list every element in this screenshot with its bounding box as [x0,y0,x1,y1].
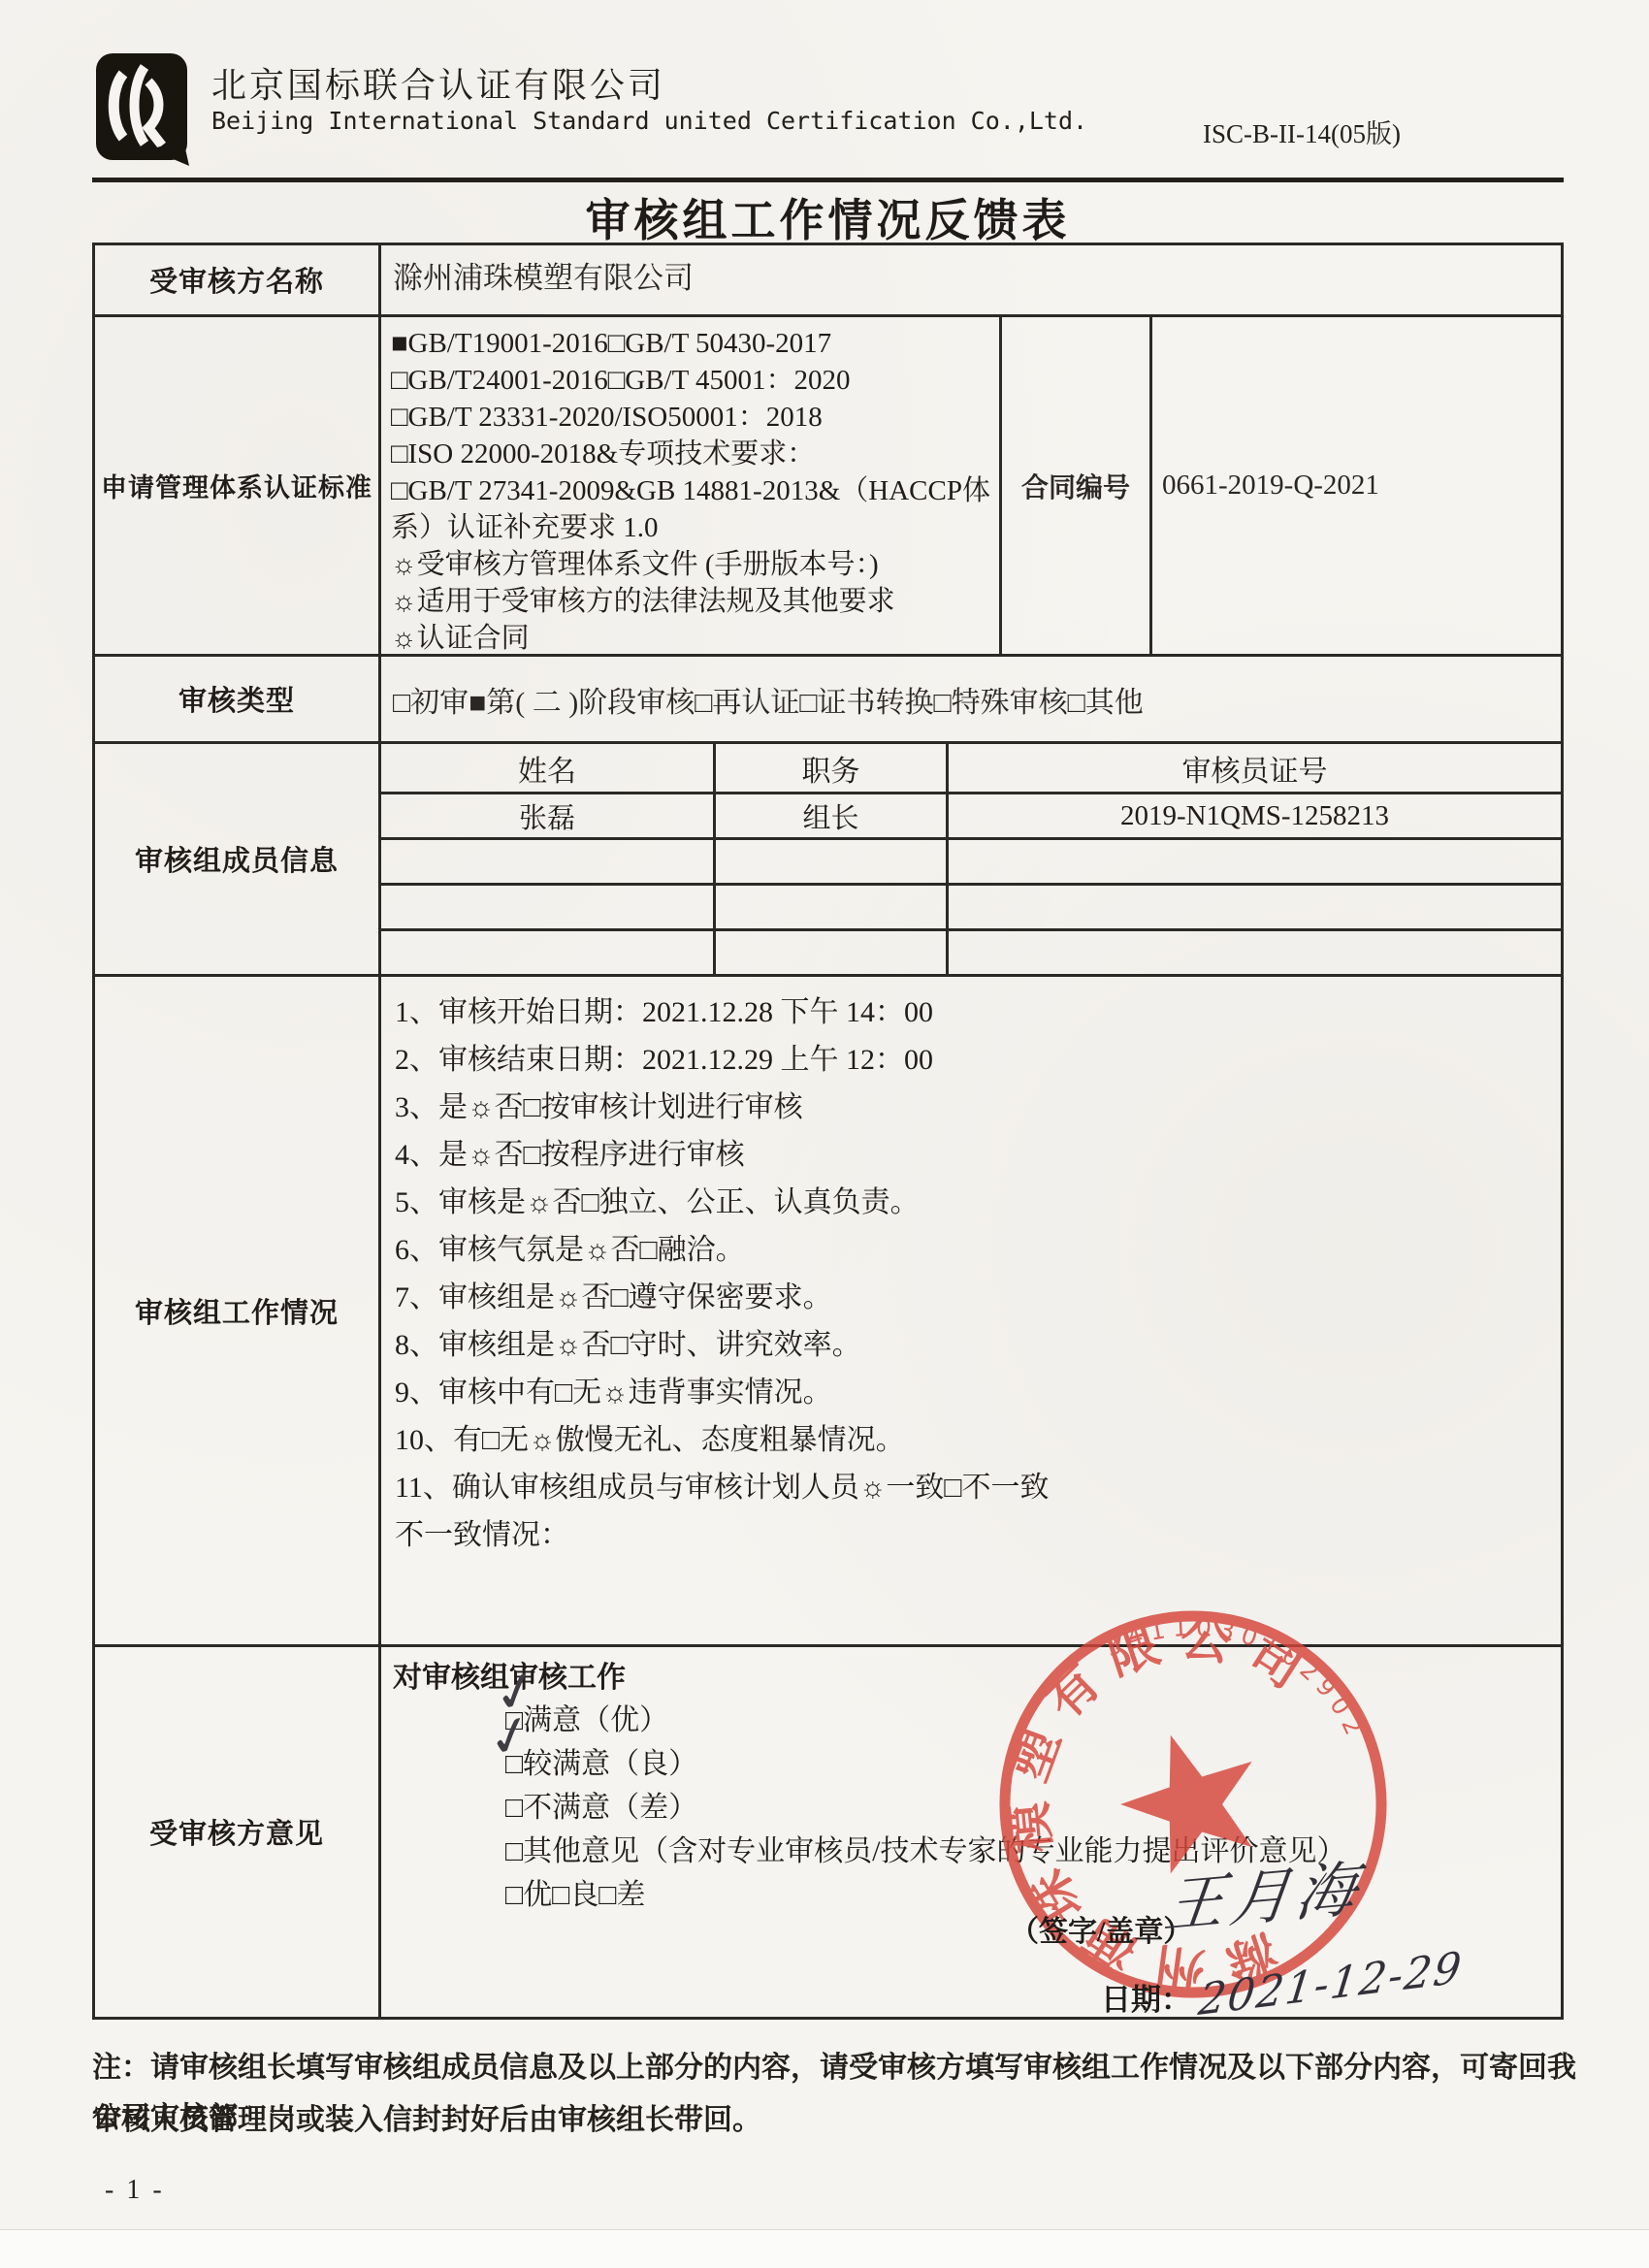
work-item: 8、审核组是☼否□守时、讲究效率。 [395,1321,1553,1369]
page-number: - 1 - [105,2175,165,2206]
member-duty-cell [716,840,949,886]
standard-option: ☼受审核方管理体系文件 (手册版本号：) [391,546,993,583]
work-item: 5、审核是☼否□独立、公正、认真负责。 [395,1179,1553,1226]
contract-number-label-cell: 合同编号 [1002,317,1152,657]
work-item: 4、是☼否□按程序进行审核 [395,1131,1553,1179]
work-item: 7、审核组是☼否□遵守保密要求。 [395,1274,1553,1321]
work-item: 9、审核中有□无☼违背事实情况。 [395,1369,1553,1416]
work-item: 10、有□无☼傲慢无礼、态度粗暴情况。 [395,1416,1553,1464]
members-col-cert: 审核员证号 [949,744,1561,794]
seal-number-text: 3411030102902 [1097,1574,1374,1831]
standards-list-cell: ■GB/T19001-2016□GB/T 50430-2017 □GB/T240… [381,317,1002,657]
standard-option: ☼认证合同 [391,620,993,657]
scanned-form-page: 北京国标联合认证有限公司 Beijing International Stand… [0,0,1649,2268]
member-name-cell [381,840,716,886]
standard-option: □ISO 22000-2018&专项技术要求： [391,436,993,472]
standard-option: □GB/T 23331-2020/ISO50001：2018 [391,399,993,436]
scan-edge [0,2229,1649,2268]
certification-body-logo [92,50,197,167]
member-duty-cell: 组长 [716,794,949,840]
svg-text:3411030102902: 3411030102902 [1097,1574,1374,1831]
opinion-option: □不满意（差） [505,1783,697,1826]
member-cert-cell: 2019-N1QMS-1258213 [949,794,1561,840]
work-item: 2、审核结束日期：2021.12.29 上午 12：00 [395,1036,1553,1084]
member-name-cell: 张磊 [381,794,716,840]
members-col-name: 姓名 [381,744,716,794]
logo-icon [92,50,197,167]
member-cert-cell [949,886,1561,931]
standards-label-cell: 申请管理体系认证标准 [95,317,381,657]
member-name-cell [381,931,716,977]
company-name-english: Beijing International Standard united Ce… [211,107,1087,135]
member-cert-cell [949,840,1561,886]
member-cert-cell [949,931,1561,977]
work-label-cell: 审核组工作情况 [95,977,381,1647]
auditee-name-cell: 滁州浦珠模塑有限公司 [381,245,1561,317]
work-items-cell: 1、审核开始日期：2021.12.28 下午 14：00 2、审核结束日期：20… [381,977,1561,1647]
standard-option: ☼适用于受审核方的法律法规及其他要求 [391,583,993,620]
standard-option: □GB/T 27341-2009&GB 14881-2013&（HACCP体系）… [391,472,993,546]
contract-number-value-cell: 0661-2019-Q-2021 [1152,317,1561,657]
member-name-cell [381,886,716,931]
header-rule [92,178,1564,182]
work-item: 不一致情况： [395,1511,1553,1559]
auditee-label-cell: 受审核方名称 [95,245,381,317]
audit-type-value-cell: □初审■第( 二 )阶段审核□再认证□证书转换□特殊审核□其他 [381,657,1561,744]
member-duty-cell [716,886,949,931]
company-name-chinese: 北京国标联合认证有限公司 [211,58,665,108]
work-item: 1、审核开始日期：2021.12.28 下午 14：00 [395,988,1553,1036]
work-item: 3、是☼否□按审核计划进行审核 [395,1084,1553,1131]
work-item: 11、确认审核组成员与审核计划人员☼一致□不一致 [395,1464,1553,1511]
handwritten-signature: 王月海 [1160,1839,1368,1944]
audit-type-label-cell: 审核类型 [95,657,381,744]
members-col-duty: 职务 [716,744,949,794]
work-item: 6、审核气氛是☼否□融洽。 [395,1226,1553,1274]
member-duty-cell [716,931,949,977]
document-code: ISC-B-II-14(05版) [1203,113,1401,150]
members-label-cell: 审核组成员信息 [95,744,381,977]
page-title: 审核组工作情况反馈表 [92,185,1564,249]
footer-note-line2: 审核人员管理岗或装入信封封好后由审核组长带回。 [92,2095,1581,2146]
date-label: 日期： [1101,1975,1191,2019]
standard-option: □GB/T24001-2016□GB/T 45001：2020 [391,362,993,399]
standard-option: ■GB/T19001-2016□GB/T 50430-2017 [391,325,993,362]
opinion-option: □优□良□差 [505,1870,645,1913]
opinion-label-cell: 受审核方意见 [95,1647,381,2017]
